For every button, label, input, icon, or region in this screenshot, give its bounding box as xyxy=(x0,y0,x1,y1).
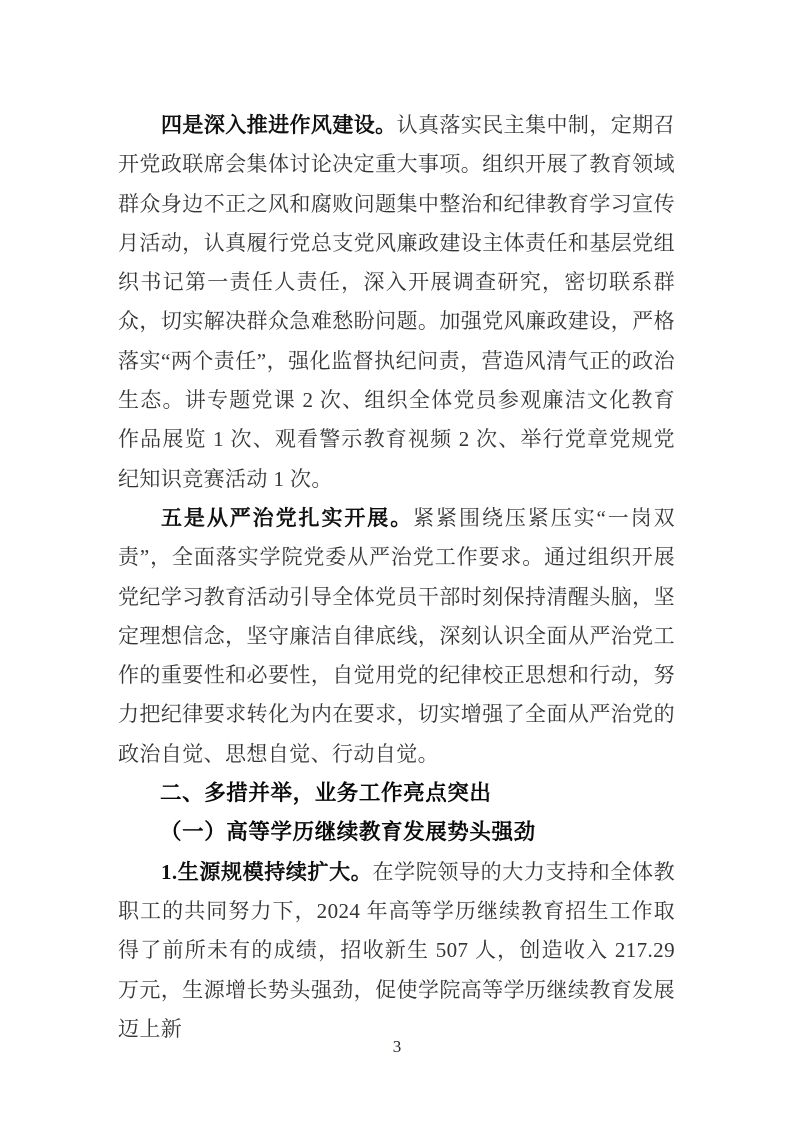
document-content: 四是深入推进作风建设。认真落实民主集中制，定期召开党政联席会集体讨论决定重大事项… xyxy=(118,106,675,1049)
paragraph-enrollment-text: 在学院领导的大力支持和全体教职工的共同努力下，2024 年高等学历继续教育招生工… xyxy=(118,860,675,1041)
document-page: 四是深入推进作风建设。认真落实民主集中制，定期召开党政联席会集体讨论决定重大事项… xyxy=(0,0,794,1123)
paragraph-work-style-text: 认真落实民主集中制，定期召开党政联席会集体讨论决定重大事项。组织开展了教育领域群… xyxy=(118,113,675,491)
paragraph-enrollment-lead: 1.生源规模持续扩大。 xyxy=(161,860,372,884)
paragraph-party-discipline-text: 紧紧围绕压紧压实“一岗双责”，全面落实学院党委从严治党工作要求。通过组织开展党纪… xyxy=(118,506,675,766)
section-heading: 二、多措并举，业务工作亮点突出 xyxy=(118,774,675,813)
paragraph-party-discipline-lead: 五是从严治党扎实开展。 xyxy=(161,506,413,530)
paragraph-party-discipline: 五是从严治党扎实开展。紧紧围绕压紧压实“一岗双责”，全面落实学院党委从严治党工作… xyxy=(118,499,675,774)
paragraph-enrollment: 1.生源规模持续扩大。在学院领导的大力支持和全体教职工的共同努力下，2024 年… xyxy=(118,853,675,1049)
paragraph-work-style: 四是深入推进作风建设。认真落实民主集中制，定期召开党政联席会集体讨论决定重大事项… xyxy=(118,106,675,499)
subsection-heading: （一）高等学历继续教育发展势头强劲 xyxy=(118,813,675,852)
paragraph-work-style-lead: 四是深入推进作风建设。 xyxy=(161,113,397,137)
page-number: 3 xyxy=(0,1036,794,1058)
